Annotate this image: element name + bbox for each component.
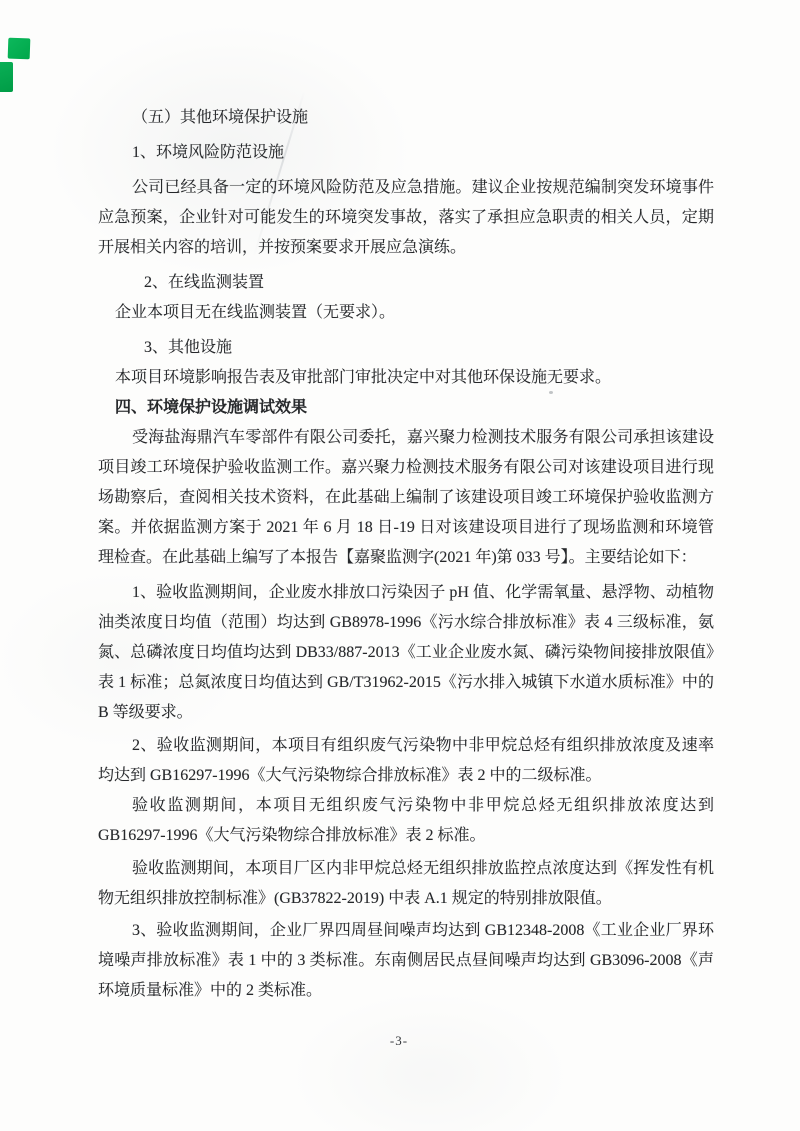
- paragraph-online-monitoring: 企业本项目无在线监测装置（无要求）。: [98, 298, 714, 328]
- paragraph-entrustment: 受海盐海鼎汽车零部件有限公司委托，嘉兴聚力检测技术服务有限公司承担该建设项目竣工…: [98, 423, 714, 573]
- conclusion-2-voc-limit: 验收监测期间，本项目厂区内非甲烷总烃无组织排放监控点浓度达到《挥发性有机物无组织…: [98, 854, 714, 914]
- item-1-heading: 1、环境风险防范设施: [98, 138, 714, 168]
- paragraph-risk-measures: 公司已经具备一定的环境风险防范及应急措施。建议企业按规范编制突发环境事件应急预案…: [98, 173, 714, 263]
- item-3-heading: 3、其他设施: [98, 333, 714, 363]
- section-5-heading: （五）其他环境保护设施: [98, 103, 714, 133]
- paragraph-other-facilities: 本项目环境影响报告表及审批部门审批决定中对其他环保设施无要求。: [98, 363, 714, 393]
- conclusion-1-wastewater: 1、验收监测期间，企业废水排放口污染因子 pH 值、化学需氧量、悬浮物、动植物油…: [98, 578, 714, 728]
- item-2-heading: 2、在线监测装置: [98, 268, 714, 298]
- conclusion-2-unorganized-gas: 验收监测期间，本项目无组织废气污染物中非甲烷总烃无组织排放浓度达到 GB1629…: [98, 791, 714, 851]
- scanned-document-page: （五）其他环境保护设施 1、环境风险防范设施 公司已经具备一定的环境风险防范及应…: [0, 0, 800, 1131]
- conclusion-2-organized-gas: 2、验收监测期间，本项目有组织废气污染物中非甲烷总烃有组织排放浓度及速率均达到 …: [98, 731, 714, 791]
- scanner-green-mark-left-edge: [0, 62, 13, 92]
- conclusion-3-noise: 3、验收监测期间，企业厂界四周昼间噪声均达到 GB12348-2008《工业企业…: [98, 916, 714, 1006]
- page-number: -3-: [0, 1033, 798, 1049]
- section-4-heading: 四、环境保护设施调试效果: [98, 393, 714, 423]
- document-body: （五）其他环境保护设施 1、环境风险防范设施 公司已经具备一定的环境风险防范及应…: [98, 103, 714, 1006]
- scanner-green-mark-upper: [8, 38, 31, 60]
